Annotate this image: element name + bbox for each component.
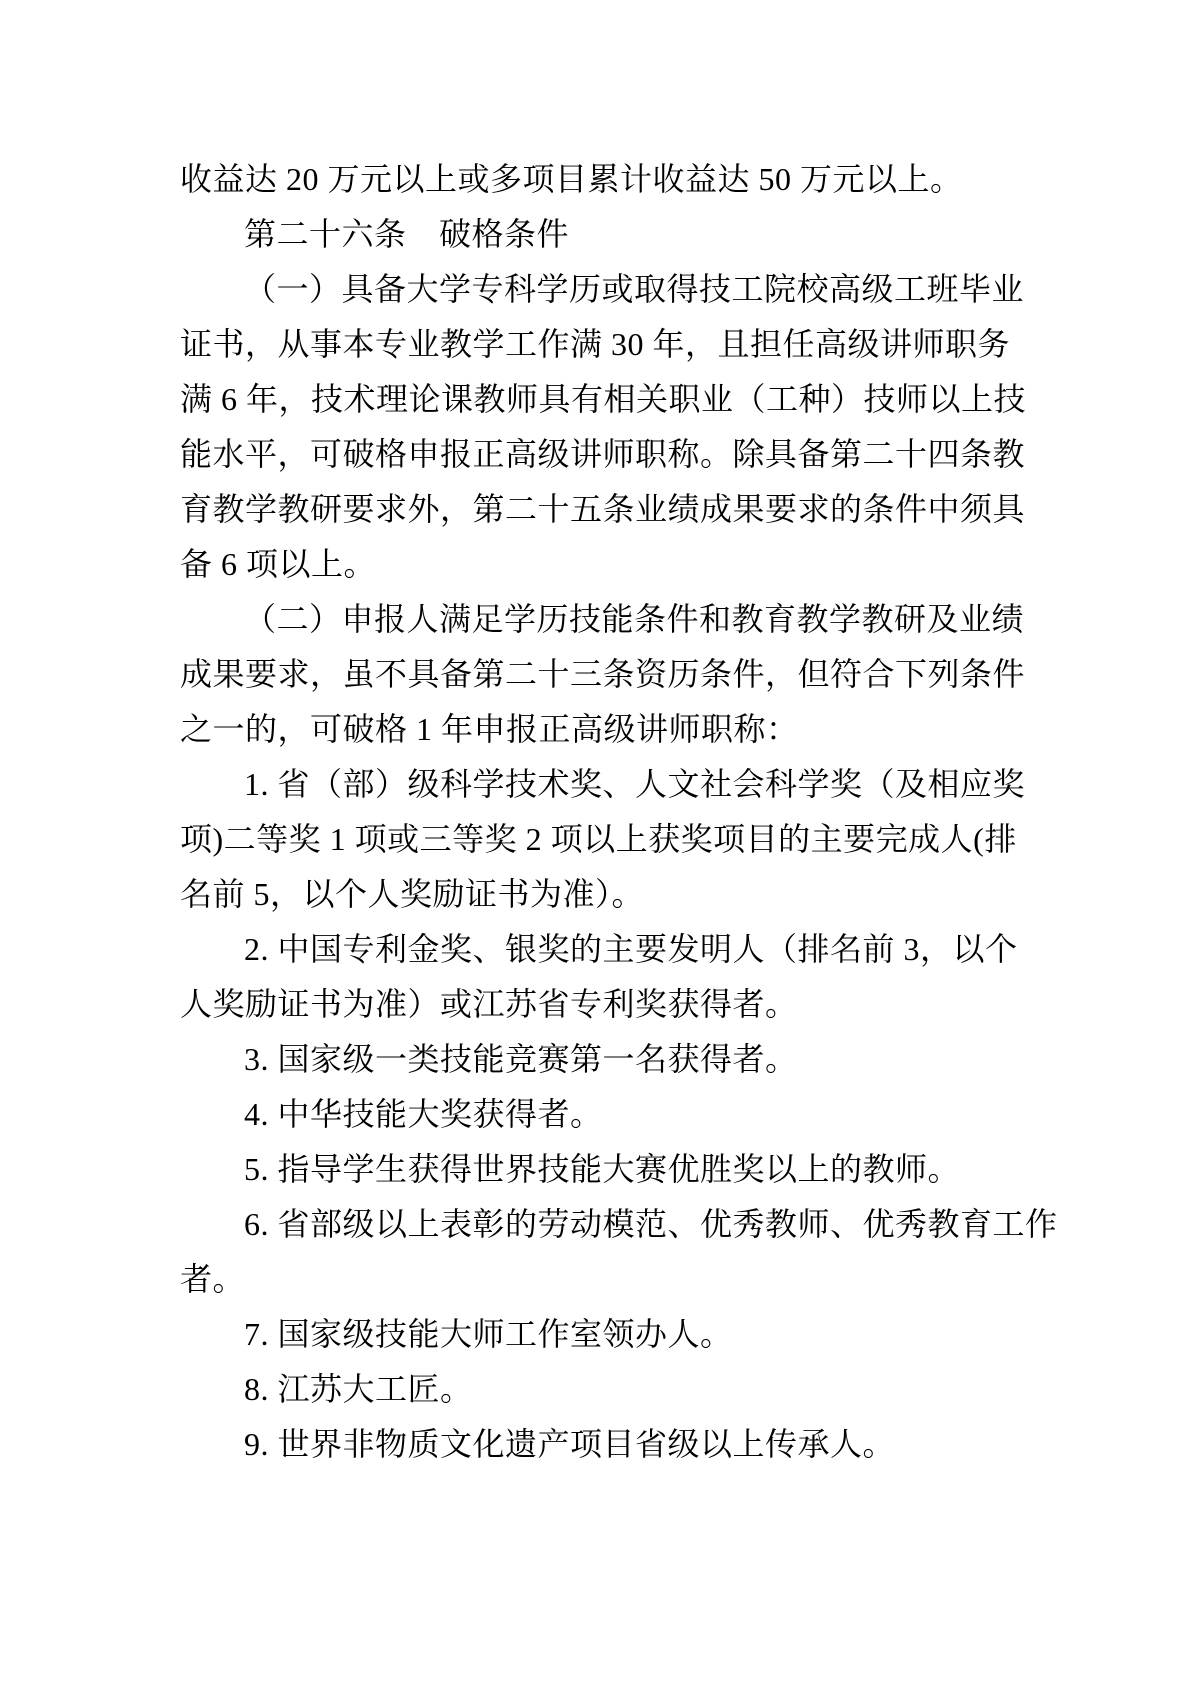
text-line: 项)二等奖 1 项或三等奖 2 项以上获奖项目的主要完成人(排 xyxy=(180,812,1016,867)
text-line: 者。 xyxy=(180,1252,1016,1307)
text-line: （二）申报人满足学历技能条件和教育教学教研及业绩 xyxy=(180,592,1016,647)
text-line: 3. 国家级一类技能竞赛第一名获得者。 xyxy=(180,1032,1016,1087)
text-line: 1. 省（部）级科学技术奖、人文社会科学奖（及相应奖 xyxy=(180,757,1016,812)
text-line: 6. 省部级以上表彰的劳动模范、优秀教师、优秀教育工作 xyxy=(180,1197,1016,1252)
text-line: 育教学教研要求外，第二十五条业绩成果要求的条件中须具 xyxy=(180,482,1016,537)
text-line: 能水平，可破格申报正高级讲师职称。除具备第二十四条教 xyxy=(180,427,1016,482)
text-line: 9. 世界非物质文化遗产项目省级以上传承人。 xyxy=(180,1417,1016,1472)
text-line: 收益达 20 万元以上或多项目累计收益达 50 万元以上。 xyxy=(180,152,1016,207)
text-line: 第二十六条 破格条件 xyxy=(180,207,1016,262)
text-line: 成果要求，虽不具备第二十三条资历条件，但符合下列条件 xyxy=(180,647,1016,702)
text-line: 之一的，可破格 1 年申报正高级讲师职称： xyxy=(180,702,1016,757)
text-line: 4. 中华技能大奖获得者。 xyxy=(180,1087,1016,1142)
text-line: 7. 国家级技能大师工作室领办人。 xyxy=(180,1307,1016,1362)
text-line: 证书，从事本专业教学工作满 30 年，且担任高级讲师职务 xyxy=(180,317,1016,372)
text-line: 人奖励证书为准）或江苏省专利奖获得者。 xyxy=(180,977,1016,1032)
text-line: 满 6 年，技术理论课教师具有相关职业（工种）技师以上技 xyxy=(180,372,1016,427)
text-line: 名前 5，以个人奖励证书为准）。 xyxy=(180,867,1016,922)
text-line: 8. 江苏大工匠。 xyxy=(180,1362,1016,1417)
document-page: 收益达 20 万元以上或多项目累计收益达 50 万元以上。第二十六条 破格条件（… xyxy=(0,0,1191,1684)
text-line: 备 6 项以上。 xyxy=(180,537,1016,592)
document-body: 收益达 20 万元以上或多项目累计收益达 50 万元以上。第二十六条 破格条件（… xyxy=(180,152,1016,1472)
text-line: 2. 中国专利金奖、银奖的主要发明人（排名前 3，以个 xyxy=(180,922,1016,977)
text-line: 5. 指导学生获得世界技能大赛优胜奖以上的教师。 xyxy=(180,1142,1016,1197)
text-line: （一）具备大学专科学历或取得技工院校高级工班毕业 xyxy=(180,262,1016,317)
